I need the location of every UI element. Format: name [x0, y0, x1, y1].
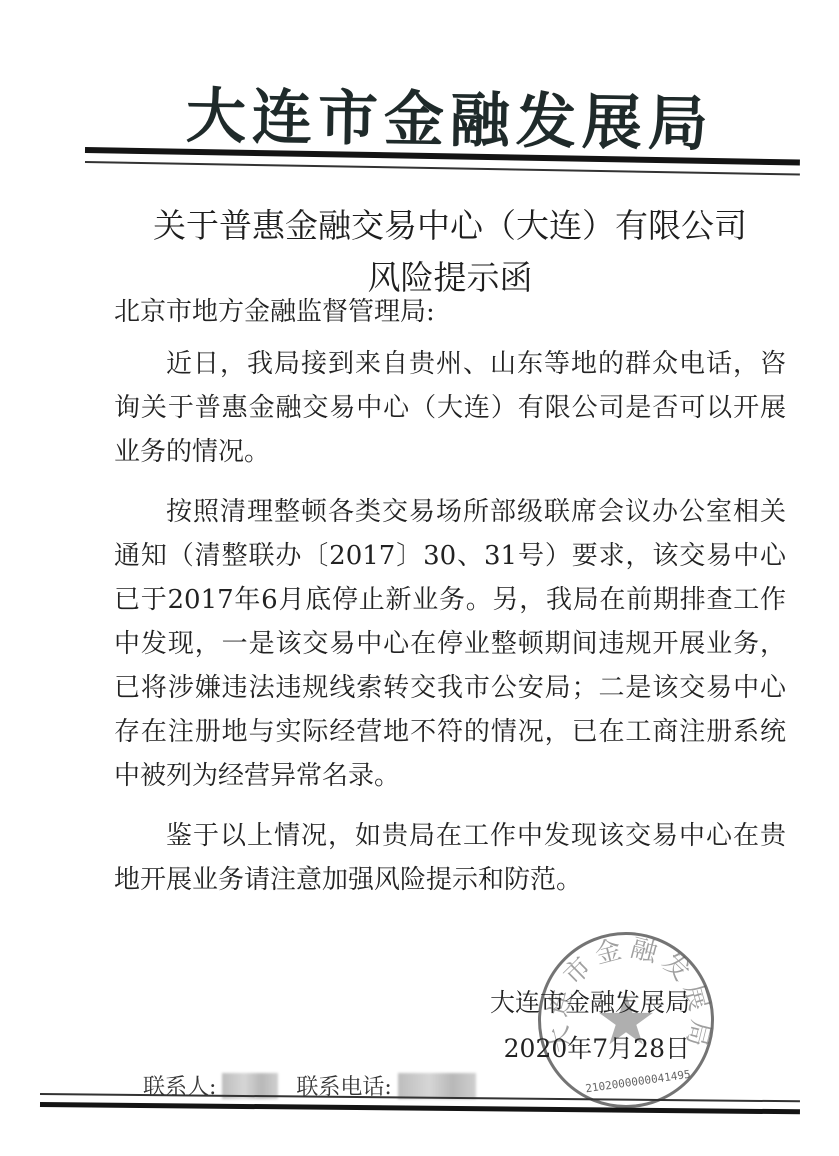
salutation: 北京市地方金融监督管理局: — [114, 290, 786, 334]
signature-date: 2020年7月28日 — [480, 1026, 690, 1072]
signature-issuer: 大连市金融发展局 — [480, 980, 690, 1026]
letter-body: 北京市地方金融监督管理局: 近日，我局接到来自贵州、山东等地的群众电话，咨询关于… — [114, 290, 786, 918]
paragraph-1: 近日，我局接到来自贵州、山东等地的群众电话，咨询关于普惠金融交易中心（大连）有限… — [114, 342, 786, 474]
paragraph-2: 按照清理整顿各类交易场所部级联席会议办公室相关通知（清整联办〔2017〕30、3… — [114, 490, 786, 798]
contact-person-label: 联系人: — [143, 1070, 216, 1101]
document-title: 关于普惠金融交易中心（大连）有限公司 风险提示函 — [110, 200, 790, 304]
redacted-contact-phone — [398, 1073, 476, 1099]
signature-block: 大连市金融发展局 2020年7月28日 — [480, 980, 690, 1072]
document-page: 大连市金融发展局 关于普惠金融交易中心（大连）有限公司 风险提示函 北京市地方金… — [0, 0, 839, 1156]
paragraph-3: 鉴于以上情况，如贵局在工作中发现该交易中心在贵地开展业务请注意加强风险提示和防范… — [114, 814, 786, 902]
document-title-line-1: 关于普惠金融交易中心（大连）有限公司 — [110, 200, 790, 252]
